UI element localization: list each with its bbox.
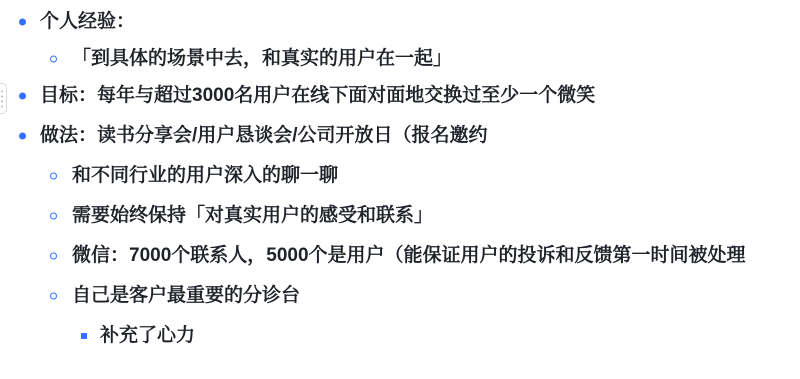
list-item[interactable]: 做法：读书分享会/用户恳谈会/公司开放日（报名邀约: [0, 123, 800, 149]
list-item-text[interactable]: 需要始终保持「对真实用户的感受和联系」: [72, 203, 433, 229]
list-item[interactable]: 需要始终保持「对真实用户的感受和联系」: [0, 203, 800, 229]
bullet-circle-icon: [50, 173, 57, 180]
bullet-circle-icon: [50, 56, 57, 63]
list-item-text[interactable]: 和不同行业的用户深入的聊一聊: [72, 163, 338, 189]
list-item-text[interactable]: 做法：读书分享会/用户恳谈会/公司开放日（报名邀约: [40, 123, 488, 149]
bullet-circle-icon: [50, 253, 57, 260]
bullet-square-icon: [81, 333, 87, 339]
list-item-text[interactable]: 自己是客户最重要的分诊台: [72, 283, 300, 309]
document-canvas: 个人经验： 「到具体的场景中去，和真实的用户在一起」 目标：每年与超过3000名…: [0, 0, 800, 379]
list-item-text[interactable]: 补充了心力: [100, 323, 195, 349]
list-item[interactable]: 「到具体的场景中去，和真实的用户在一起」: [0, 46, 800, 72]
list-item-text[interactable]: 微信：7000个联系人，5000个是用户（能保证用户的投诉和反馈第一时间被处理: [72, 243, 746, 269]
outline-list: 个人经验： 「到具体的场景中去，和真实的用户在一起」 目标：每年与超过3000名…: [0, 0, 800, 349]
bullet-disc-icon: [19, 19, 26, 26]
list-item[interactable]: 和不同行业的用户深入的聊一聊: [0, 163, 800, 189]
list-item-text[interactable]: 目标：每年与超过3000名用户在线下面对面地交换过至少一个微笑: [40, 83, 595, 109]
list-item[interactable]: 自己是客户最重要的分诊台: [0, 283, 800, 309]
bullet-disc-icon: [19, 133, 26, 140]
bullet-circle-icon: [50, 293, 57, 300]
list-item[interactable]: 微信：7000个联系人，5000个是用户（能保证用户的投诉和反馈第一时间被处理: [0, 243, 800, 269]
list-item[interactable]: 目标：每年与超过3000名用户在线下面对面地交换过至少一个微笑: [0, 83, 800, 109]
list-item[interactable]: 个人经验：: [0, 9, 800, 35]
list-item-text[interactable]: 个人经验：: [40, 9, 135, 35]
bullet-circle-icon: [50, 213, 57, 220]
list-item[interactable]: 补充了心力: [0, 323, 800, 349]
list-item-text[interactable]: 「到具体的场景中去，和真实的用户在一起」: [72, 46, 452, 72]
bullet-disc-icon: [19, 93, 26, 100]
